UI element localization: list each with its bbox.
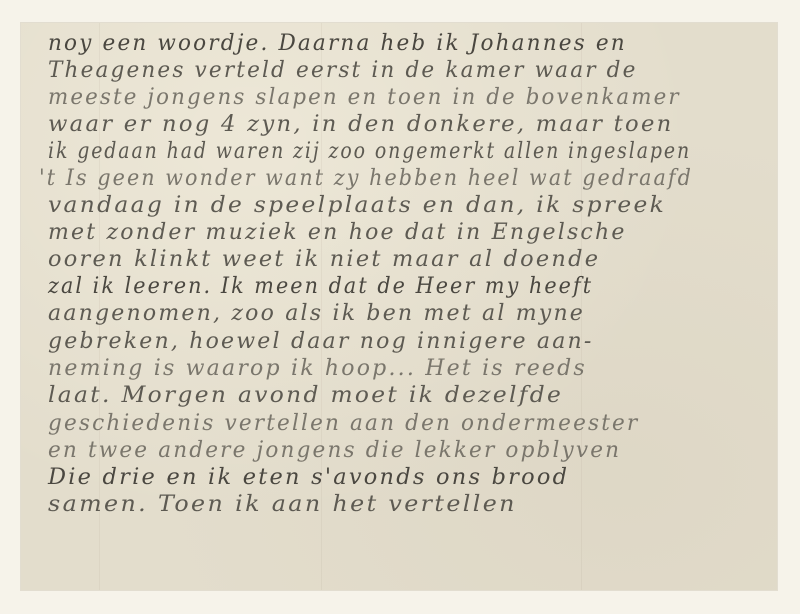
- handwritten-line: met zonder muziek en hoe dat in Engelsch…: [48, 220, 627, 245]
- handwritten-line: gebreken, hoewel daar nog innigere aan-: [48, 329, 594, 354]
- handwritten-line: waar er nog 4 zyn, in den donkere, maar …: [48, 112, 673, 137]
- handwritten-line: Theagenes verteld eerst in de kamer waar…: [48, 58, 638, 83]
- handwritten-line: vandaag in de speelplaats en dan, ik spr…: [48, 193, 666, 218]
- handwritten-line: Die drie en ik eten s'avonds ons brood: [48, 465, 569, 490]
- handwritten-line: zal ik leeren. Ik meen dat de Heer my he…: [48, 274, 593, 299]
- handwritten-line: neming is waarop ik hoop... Het is reeds: [48, 356, 587, 381]
- handwritten-line: geschiedenis vertellen aan den ondermees…: [48, 411, 639, 436]
- handwritten-line: ik gedaan had waren zij zoo ongemerkt al…: [48, 139, 691, 164]
- handwritten-line: ooren klinkt weet ik niet maar al doende: [48, 247, 600, 272]
- letter-page: noy een woordje. Daarna heb ik Johannes …: [21, 23, 777, 590]
- handwritten-line: noy een woordje. Daarna heb ik Johannes …: [48, 31, 627, 56]
- handwritten-line: laat. Morgen avond moet ik dezelfde: [48, 383, 563, 408]
- handwritten-line: en twee andere jongens die lekker opblyv…: [48, 438, 621, 463]
- handwritten-line: samen. Toen ik aan het vertellen: [48, 492, 517, 517]
- handwritten-line: 't Is geen wonder want zy hebben heel wa…: [39, 166, 693, 191]
- handwritten-line: aangenomen, zoo als ik ben met al myne: [48, 301, 585, 326]
- handwritten-line: meeste jongens slapen en toen in de bove…: [48, 85, 681, 110]
